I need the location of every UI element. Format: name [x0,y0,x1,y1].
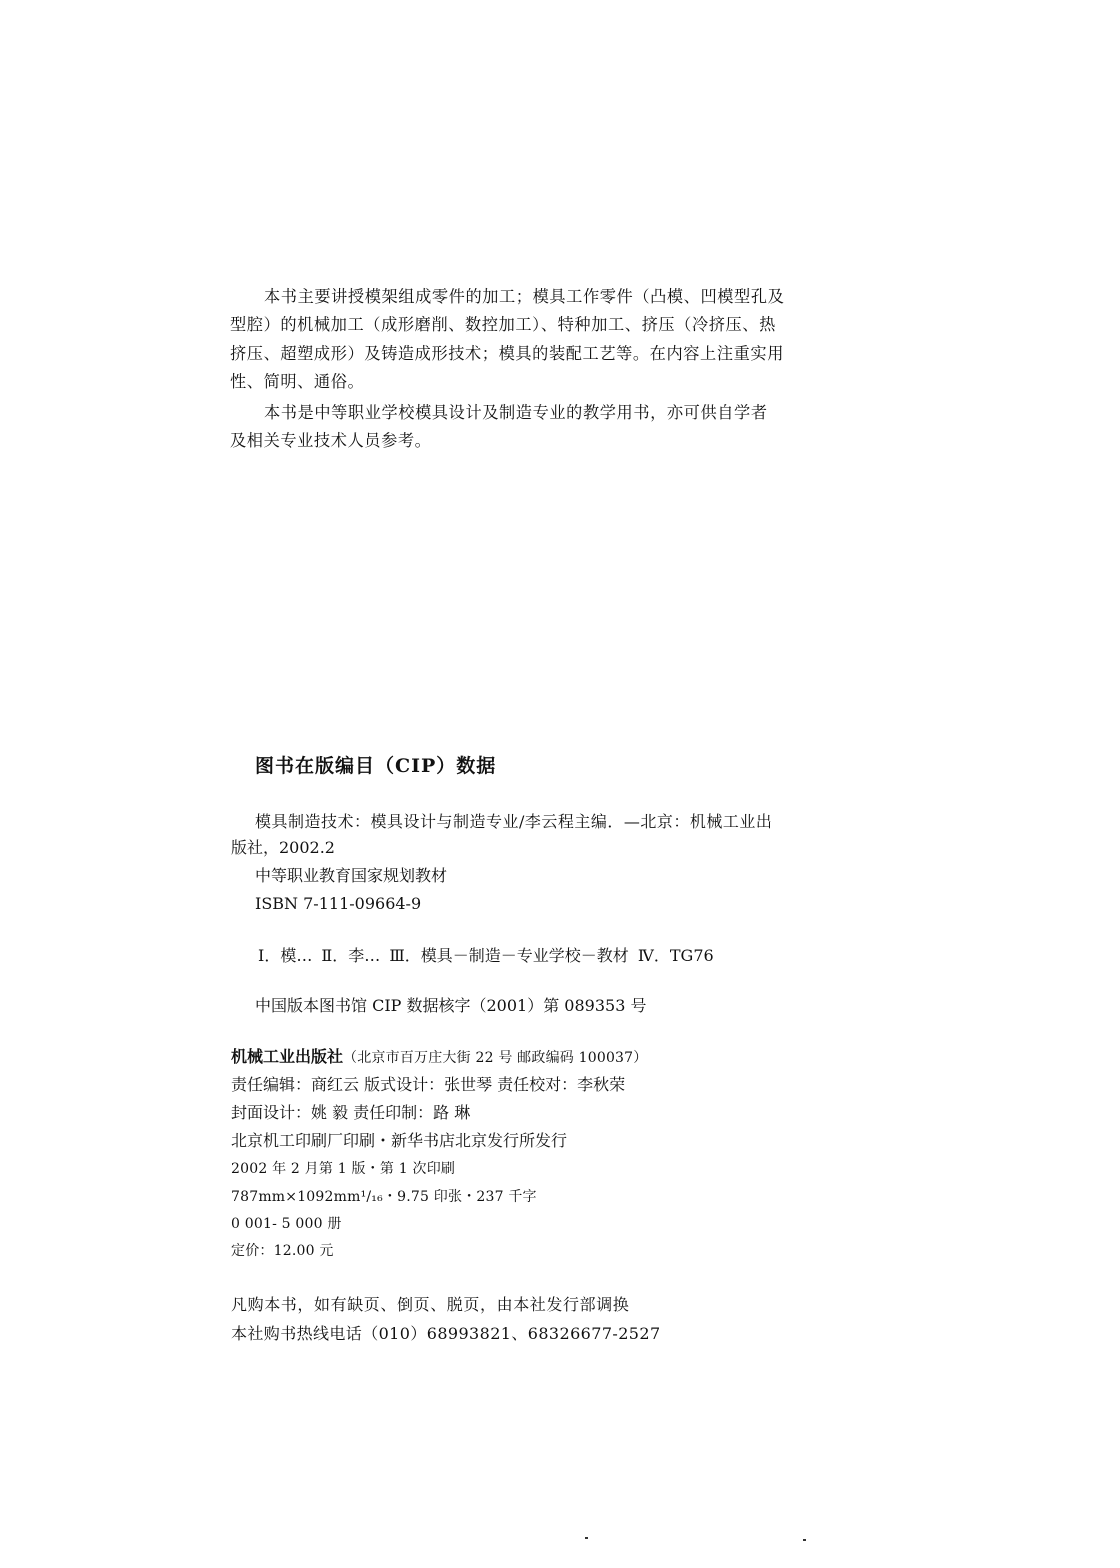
notice-hotline: 本社购书热线电话（010）68993821、68326677-2527 [231,1324,661,1344]
abstract-p1-line-2: 型腔）的机械加工（成形磨削、数控加工）、特种加工、挤压（冷挤压、热 [230,315,776,335]
cip-classification: Ⅰ．模… Ⅱ．李… Ⅲ．模具－制造－专业学校－教材 Ⅳ．TG76 [258,946,714,966]
imprint-format: 787mm×1092mm¹/₁₆・9.75 印张・237 千字 [231,1187,537,1207]
imprint-edition: 2002 年 2 月第 1 版・第 1 次印刷 [231,1159,455,1179]
scan-speck [803,1539,806,1541]
abstract-p1-line-3: 挤压、超塑成形）及铸造成形技术；模具的装配工艺等。在内容上注重实用 [230,344,784,364]
imprint-cover-design: 封面设计：姚 毅 责任印制：路 琳 [231,1103,470,1123]
abstract-p1-line-4: 性、简明、通俗。 [230,372,364,392]
publisher-name: 机械工业出版社 [231,1047,343,1066]
cip-record-number: 中国版本图书馆 CIP 数据核字（2001）第 089353 号 [255,996,646,1016]
scan-speck [585,1537,588,1539]
imprint-publisher-line: 机械工业出版社（北京市百万庄大街 22 号 邮政编码 100037） [231,1047,647,1068]
publisher-address: （北京市百万庄大街 22 号 邮政编码 100037） [343,1050,647,1066]
cip-entry-line-1: 模具制造技术：模具设计与制造专业/李云程主编．—北京：机械工业出 [255,812,772,832]
copyright-page: 本书主要讲授模架组成零件的加工；模具工作零件（凸模、凹模型孔及 型腔）的机械加工… [0,0,1120,1568]
cip-title: 图书在版编目（CIP）数据 [255,756,496,776]
notice-defects: 凡购本书，如有缺页、倒页、脱页，由本社发行部调换 [231,1295,629,1315]
abstract-p2-line-1: 本书是中等职业学校模具设计及制造专业的教学用书，亦可供自学者 [264,403,768,423]
cip-entry-line-2: 版社，2002.2 [231,838,335,858]
imprint-printer: 北京机工印刷厂印刷・新华书店北京发行所发行 [231,1131,567,1151]
abstract-p1-line-1: 本书主要讲授模架组成零件的加工；模具工作零件（凸模、凹模型孔及 [264,287,784,307]
imprint-print-run: 0 001- 5 000 册 [231,1214,342,1234]
cip-series: 中等职业教育国家规划教材 [255,866,447,886]
imprint-price: 定价：12.00 元 [231,1241,334,1261]
imprint-editors: 责任编辑：商红云 版式设计：张世琴 责任校对：李秋荣 [231,1075,625,1095]
cip-isbn: ISBN 7-111-09664-9 [255,894,421,914]
abstract-p2-line-2: 及相关专业技术人员参考。 [230,431,431,451]
